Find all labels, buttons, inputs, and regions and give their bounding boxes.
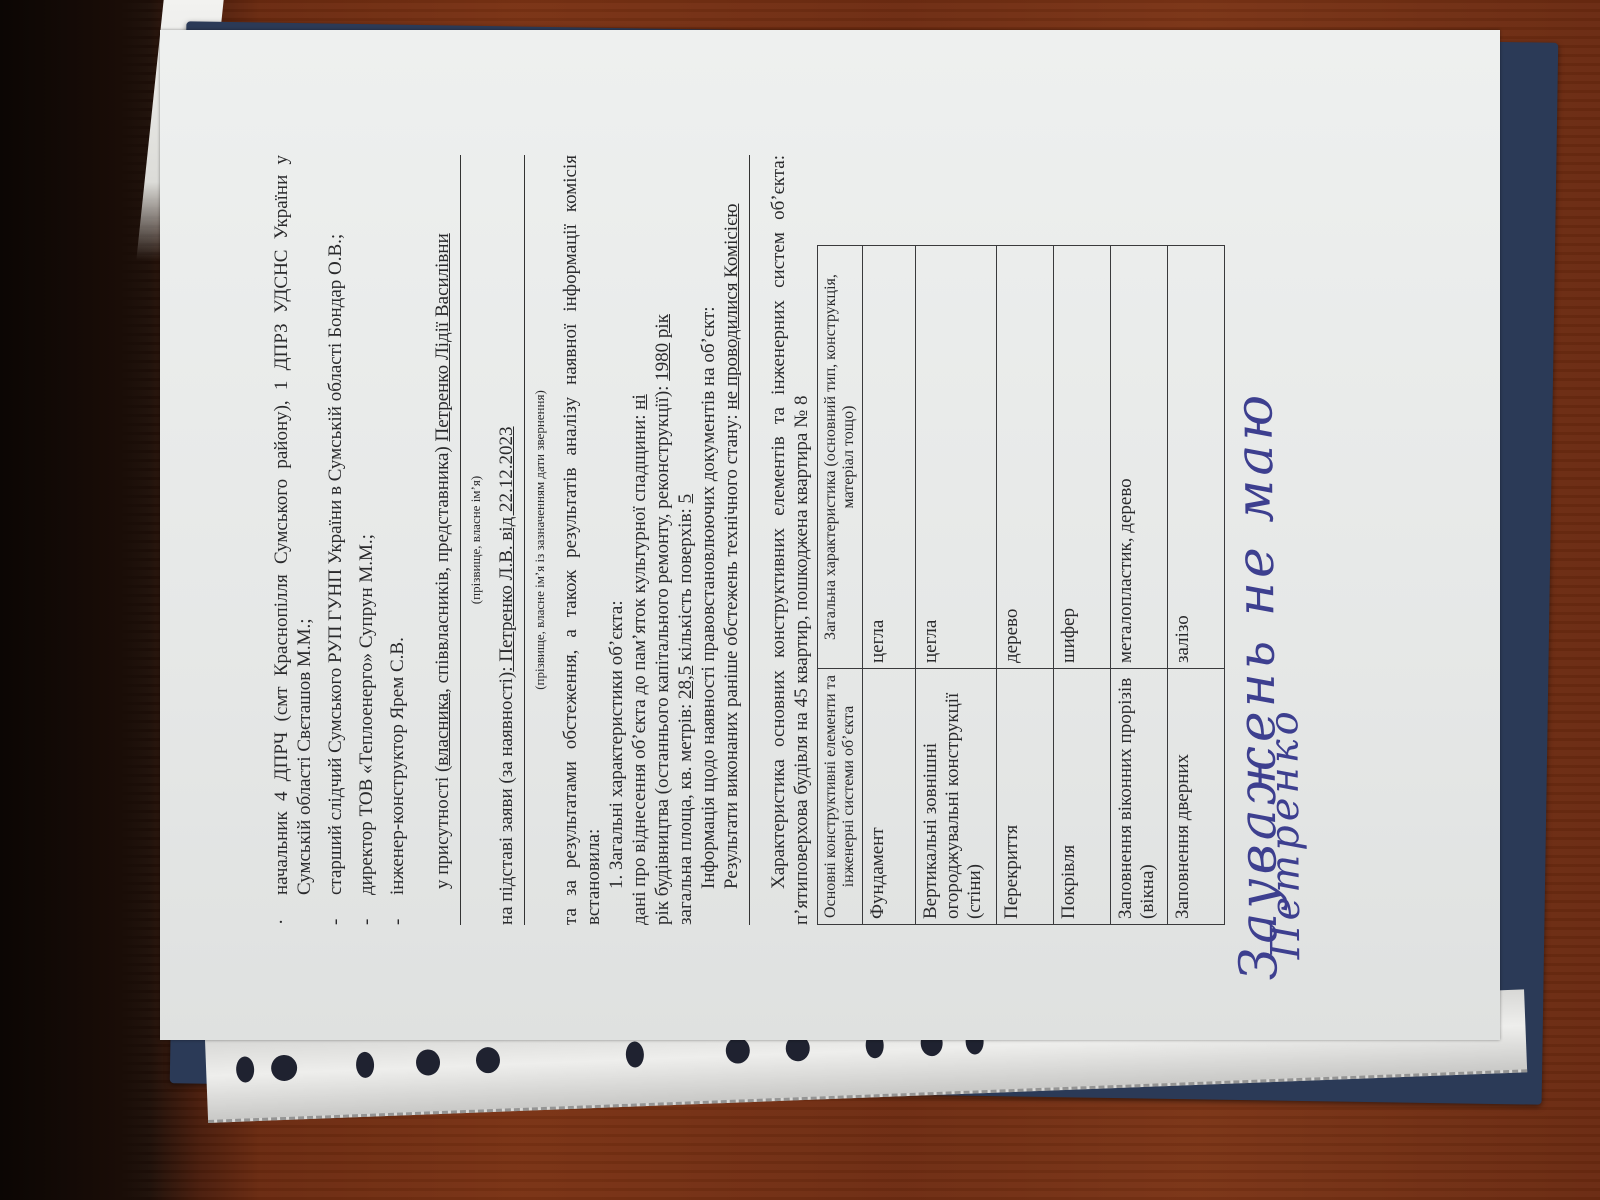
area-floors-line: загальна площа, кв. метрів: 28,5 кількіс… bbox=[674, 155, 697, 925]
underline-rule bbox=[518, 155, 525, 925]
build-year-label: рік будівництва (останнього капітального… bbox=[652, 386, 673, 925]
list-item: - інженер-конструктор Ярем С.В. bbox=[386, 155, 409, 925]
element-cell: Фундамент bbox=[863, 669, 916, 925]
results-intro: та за результатами обстеження, а також р… bbox=[559, 155, 605, 925]
element-cell: Перекриття bbox=[997, 669, 1054, 925]
build-year-unit: рік bbox=[652, 314, 673, 338]
presence-value: Петренко Лідії Василівни bbox=[432, 233, 453, 441]
table-row: Фундамент цегла bbox=[863, 246, 916, 925]
punch-hole bbox=[356, 1052, 375, 1079]
area-value: 28,5 bbox=[675, 666, 696, 699]
table-header-row: Основні конструктивні елементи та інжене… bbox=[818, 246, 863, 925]
bullet: - bbox=[324, 895, 347, 925]
punch-hole bbox=[271, 1054, 298, 1081]
table-row: Заповнення дверних залізо bbox=[1168, 246, 1225, 925]
heritage-line: дані про віднесення об’єкта до пам’яток … bbox=[628, 155, 651, 925]
member-text: начальник 4 ДПРЧ (смт Краснопілля Сумськ… bbox=[270, 155, 316, 895]
area-label: загальна площа, кв. метрів: bbox=[675, 704, 696, 925]
presence-prefix: у присутності ( bbox=[432, 766, 453, 889]
application-value: : Петренко Л.В. від 22.12.2023 bbox=[496, 426, 517, 671]
punch-hole bbox=[475, 1047, 500, 1074]
underline-rule bbox=[454, 155, 461, 925]
list-item: · начальник 4 ДПРЧ (смт Краснопілля Сумс… bbox=[270, 155, 316, 925]
underline-rule bbox=[743, 155, 750, 925]
list-item: - старший слідчий Сумського РУП ГУНП Укр… bbox=[324, 155, 347, 925]
list-item: - директор ТОВ «Теплоенерго» Супрун М.М.… bbox=[355, 155, 378, 925]
application-prefix: на підставі заяви (за наявності) bbox=[496, 672, 517, 925]
punch-hole bbox=[236, 1056, 255, 1083]
table-row: Вертикальні зовнішні огороджувальні конс… bbox=[916, 246, 997, 925]
build-year-value: 1980 bbox=[652, 343, 673, 381]
element-cell: Заповнення віконних прорізів (вікна) bbox=[1111, 669, 1168, 925]
commission-members-list: · начальник 4 ДПРЧ (смт Краснопілля Сумс… bbox=[270, 155, 409, 925]
heritage-label: дані про віднесення об’єкта до пам’яток … bbox=[629, 414, 650, 925]
section-1-title: 1. Загальні характеристики об’єкта: bbox=[605, 155, 628, 925]
table-row: Перекриття дерево bbox=[997, 246, 1054, 925]
handwritten-note: Зауважень не маю Петренко bbox=[1242, 180, 1299, 980]
floors-value: 5 bbox=[675, 494, 696, 504]
previous-surveys-label: Результати виконаних раніше обстежень те… bbox=[721, 414, 742, 889]
value-cell: дерево bbox=[997, 246, 1054, 669]
floors-label: кількість поверхів: bbox=[675, 508, 696, 661]
value-cell: шифер bbox=[1054, 246, 1111, 669]
characteristics-line: Характеристика основних конструктивних е… bbox=[767, 155, 813, 925]
structural-elements-table: Основні конструктивні елементи та інжене… bbox=[817, 245, 1225, 925]
value-cell: металопластик, дерево bbox=[1111, 246, 1168, 669]
presence-owner-word: власника bbox=[432, 693, 453, 766]
build-year-line: рік будівництва (останнього капітального… bbox=[651, 155, 674, 925]
application-line: на підставі заяви (за наявності): Петрен… bbox=[495, 155, 518, 925]
previous-surveys-value: не проводилися Комісією bbox=[721, 204, 742, 410]
previous-surveys-line: Результати виконаних раніше обстежень те… bbox=[720, 155, 743, 925]
column-header-characteristic: Загальна характеристика (основний тип, к… bbox=[818, 246, 863, 669]
member-text: директор ТОВ «Теплоенерго» Супрун М.М.; bbox=[355, 534, 378, 895]
member-text: інженер-конструктор Ярем С.В. bbox=[386, 637, 409, 895]
punch-hole bbox=[625, 1041, 644, 1068]
document-photo: · начальник 4 ДПРЧ (смт Краснопілля Сумс… bbox=[160, 30, 1530, 1040]
punch-hole bbox=[416, 1049, 441, 1076]
table-row: Заповнення віконних прорізів (вікна) мет… bbox=[1111, 246, 1168, 925]
characteristics-label: Характеристика основних конструктивних е… bbox=[768, 155, 789, 889]
bullet: - bbox=[386, 895, 409, 925]
dark-background-object bbox=[0, 0, 150, 1200]
application-caption: (прізвище, власне ім’я із зазначенням да… bbox=[528, 155, 551, 925]
characteristics-value: п’ятиповерхова будівля на 45 квартир, по… bbox=[791, 396, 812, 925]
element-cell: Покрівля bbox=[1054, 669, 1111, 925]
presence-suffix: , співвласників, представника) bbox=[432, 446, 453, 693]
value-cell: залізо bbox=[1168, 246, 1225, 669]
punch-hole bbox=[725, 1037, 750, 1064]
document-body: · начальник 4 ДПРЧ (смт Краснопілля Сумс… bbox=[270, 155, 1225, 925]
bullet: · bbox=[270, 895, 316, 925]
element-cell: Вертикальні зовнішні огороджувальні конс… bbox=[916, 669, 997, 925]
member-text: старший слідчий Сумського РУП ГУНП Украї… bbox=[324, 234, 347, 895]
presence-caption: (прізвище, власне ім’я) bbox=[464, 155, 487, 925]
column-header-element: Основні конструктивні елементи та інжене… bbox=[818, 669, 863, 925]
title-documents-line: Інформація щодо наявності правовстановлю… bbox=[697, 155, 720, 925]
presence-line: у присутності (власника, співвласників, … bbox=[431, 155, 454, 925]
heritage-value: ні bbox=[629, 394, 650, 409]
handwritten-signature: Петренко bbox=[1261, 707, 1309, 959]
element-cell: Заповнення дверних bbox=[1168, 669, 1225, 925]
bullet: - bbox=[355, 895, 378, 925]
document-page: · начальник 4 ДПРЧ (смт Краснопілля Сумс… bbox=[160, 30, 1500, 1040]
value-cell: цегла bbox=[916, 246, 997, 669]
table-row: Покрівля шифер bbox=[1054, 246, 1111, 925]
value-cell: цегла bbox=[863, 246, 916, 669]
